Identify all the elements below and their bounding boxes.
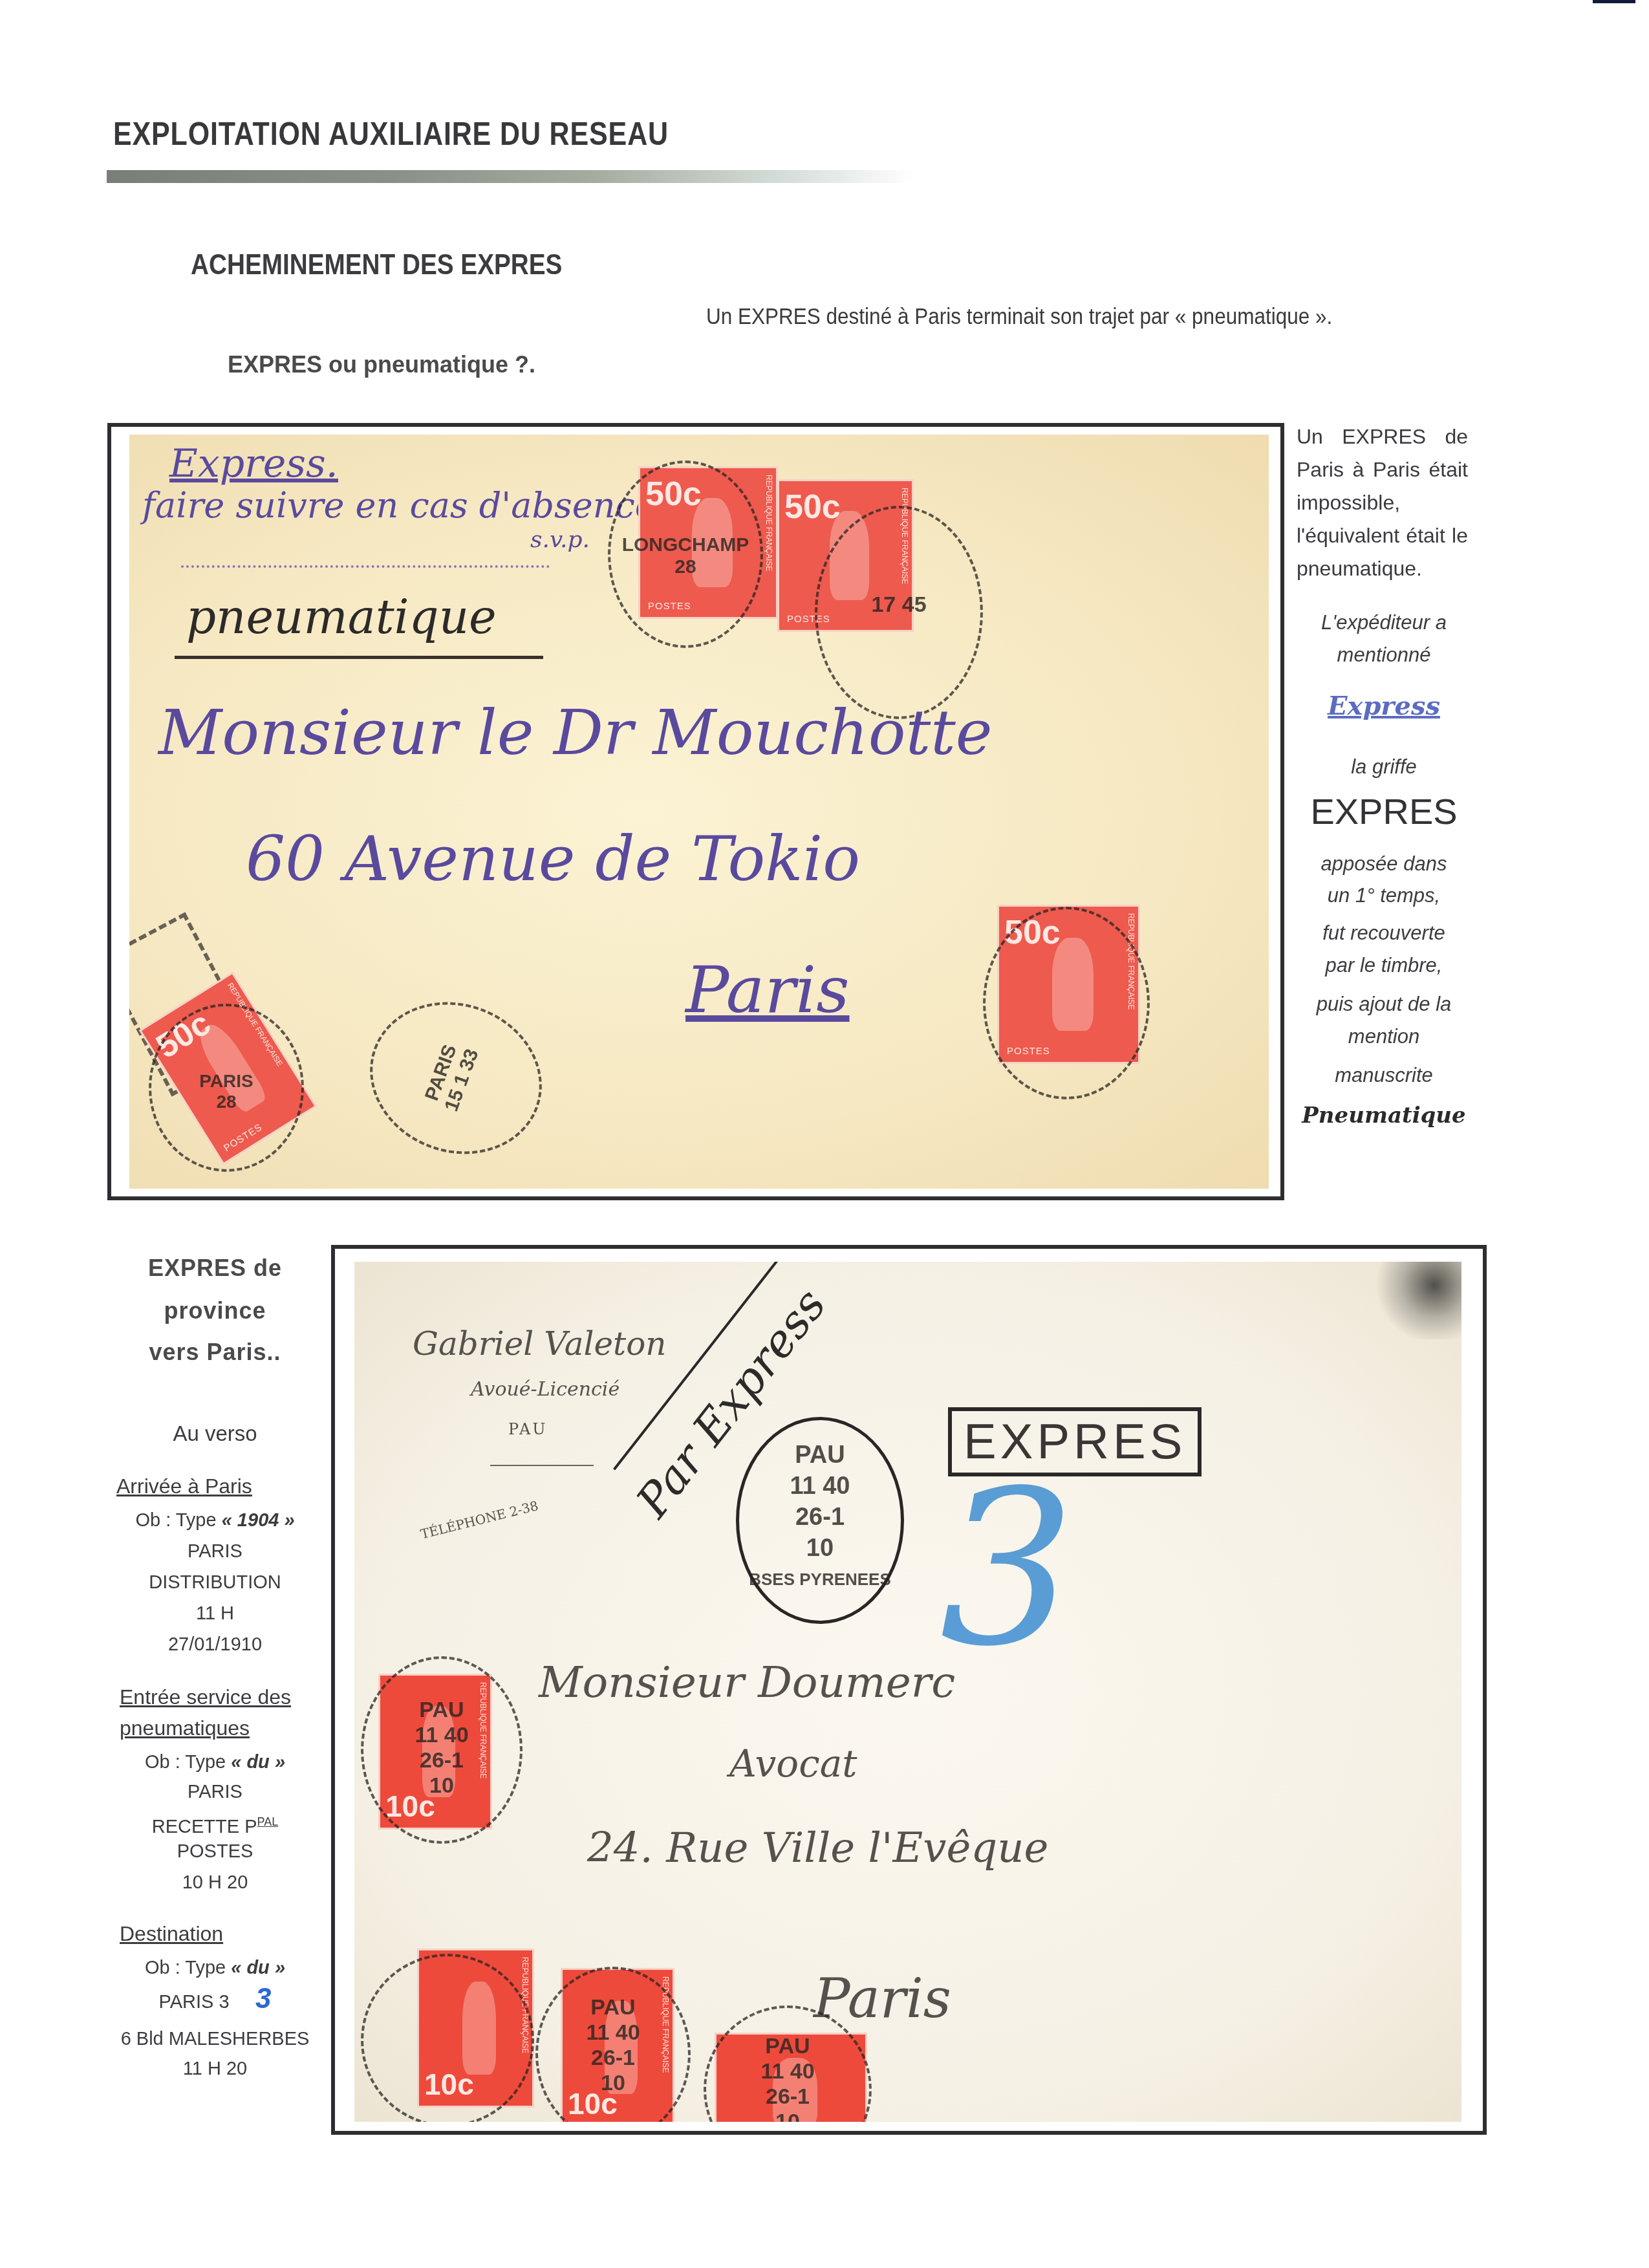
cover2-frame: Gabriel Valeton Avoué-Licencié PAU TÉLÉP…	[331, 1245, 1487, 2135]
left-heading-line: vers Paris..	[116, 1339, 314, 1366]
right-note-line: un 1° temps,	[1297, 884, 1471, 907]
intro-text: Un EXPRES destiné à Paris terminait son …	[706, 304, 1332, 330]
left-heading-line: EXPRES de	[116, 1255, 314, 1282]
cover1-postmark: 17 45	[815, 506, 983, 719]
cover1-pneumatique-underline	[175, 656, 543, 659]
cover1-postmark: PARIS15 1 33	[349, 978, 563, 1178]
cover1-manuscript-pneumatique: pneumatique	[186, 590, 497, 644]
destination-ob: Ob : Type « du »	[116, 1953, 314, 1983]
cover1-postmark: LONGCHAMP28	[608, 460, 763, 648]
right-note-line: mentionné	[1297, 643, 1471, 667]
cover1-wavy-underline	[181, 561, 550, 568]
letterhead-divider	[490, 1465, 594, 1466]
page-subtitle: ACHEMINEMENT DES EXPRES	[191, 249, 562, 281]
right-note-expres-big: EXPRES	[1297, 790, 1471, 832]
arrivee-line: DISTRIBUTION	[116, 1568, 314, 1597]
cover1-postmark	[983, 907, 1150, 1099]
blue-crayon-3-mark: 3	[255, 1983, 271, 2014]
letterhead-name: Gabriel Valeton	[413, 1325, 666, 1363]
entree-line: PARIS	[116, 1777, 314, 1807]
letterhead-city: PAU	[508, 1420, 548, 1438]
arrivee-line: 11 H	[116, 1599, 314, 1628]
cover2-address-line2: Avocat	[729, 1742, 857, 1786]
cover2-address-line3: 24. Rue Ville l'Evêque	[587, 1824, 1048, 1872]
cover2-stamp-postmark: PAU11 40 26-110	[361, 1656, 523, 1844]
right-note-line: L'expéditeur a	[1297, 611, 1471, 634]
left-heading-line: province	[116, 1297, 314, 1324]
destination-line: 11 H 20	[116, 2054, 314, 2084]
destination-line: 6 Bld MALESHERBES	[116, 2024, 314, 2054]
entree-line: POSTES	[116, 1837, 314, 1866]
blue-crayon-mark: 3	[940, 1462, 1075, 1676]
right-note-line: mention	[1297, 1025, 1471, 1048]
right-note-line: puis ajout de la	[1297, 993, 1471, 1016]
cover2-ink-stain	[1371, 1262, 1461, 1339]
cover2-pau-postmark: PAU 11 40 26-1 10 BSES PYRENEES	[736, 1417, 904, 1624]
section-title: EXPLOITATION AUXILIAIRE DU RESEAU	[113, 115, 669, 153]
letterhead-title: Avoué-Licencié	[471, 1378, 620, 1401]
cover1-address-line1: Monsieur le Dr Mouchotte	[158, 697, 993, 769]
arrivee-title: Arrivée à Paris	[116, 1474, 259, 1498]
right-note-pneumatique-script: Pneumatique	[1297, 1103, 1471, 1129]
arrivee-ob: Ob : Type « 1904 »	[116, 1506, 314, 1535]
entree-ob: Ob : Type « du »	[116, 1747, 314, 1777]
right-note-line: la griffe	[1297, 755, 1471, 779]
right-note-line: par le timbre,	[1297, 954, 1471, 977]
arrivee-line: PARIS	[116, 1537, 314, 1566]
entree-line: 10 H 20	[116, 1868, 314, 1897]
right-note-line: manuscrite	[1297, 1064, 1471, 1087]
letterhead-phone: TÉLÉPHONE 2-38	[419, 1498, 540, 1542]
right-note-line: fut recouverte	[1297, 922, 1471, 945]
cover1-manuscript-express: Express.	[169, 441, 338, 486]
page-corner-mark	[1593, 0, 1635, 3]
cover2-address-line1: Monsieur Doumerc	[539, 1658, 955, 1707]
cover2-stamp-postmark	[361, 1954, 534, 2122]
cover1-envelope: Express. faire suivre en cas d'absence s…	[129, 435, 1269, 1189]
arrivee-line: 27/01/1910	[116, 1630, 314, 1659]
question-heading: EXPRES ou pneumatique ?.	[228, 351, 535, 378]
cover1-frame: Express. faire suivre en cas d'absence s…	[107, 423, 1284, 1200]
cover1-address-line3: Paris	[685, 952, 850, 1028]
cover1-address-line2: 60 Avenue de Tokio	[246, 823, 860, 895]
cover2-envelope: Gabriel Valeton Avoué-Licencié PAU TÉLÉP…	[354, 1262, 1461, 2122]
title-underline-bar	[107, 170, 915, 183]
entree-title: Entrée service des pneumatiques	[120, 1681, 314, 1744]
right-note-express-script: Express	[1297, 691, 1471, 721]
destination-paris3: PARIS 3 3	[116, 1984, 314, 2017]
right-note-p1: Un EXPRES de Paris à Paris était impossi…	[1297, 420, 1468, 585]
destination-title: Destination	[120, 1922, 249, 1946]
cover1-manuscript-svp: s.v.p.	[530, 526, 590, 553]
au-verso-label: Au verso	[116, 1421, 314, 1446]
cover1-postmark: PARIS28	[149, 1004, 304, 1172]
cover1-manuscript-note: faire suivre en cas d'absence	[142, 485, 656, 526]
right-note-line: apposée dans	[1297, 852, 1471, 876]
